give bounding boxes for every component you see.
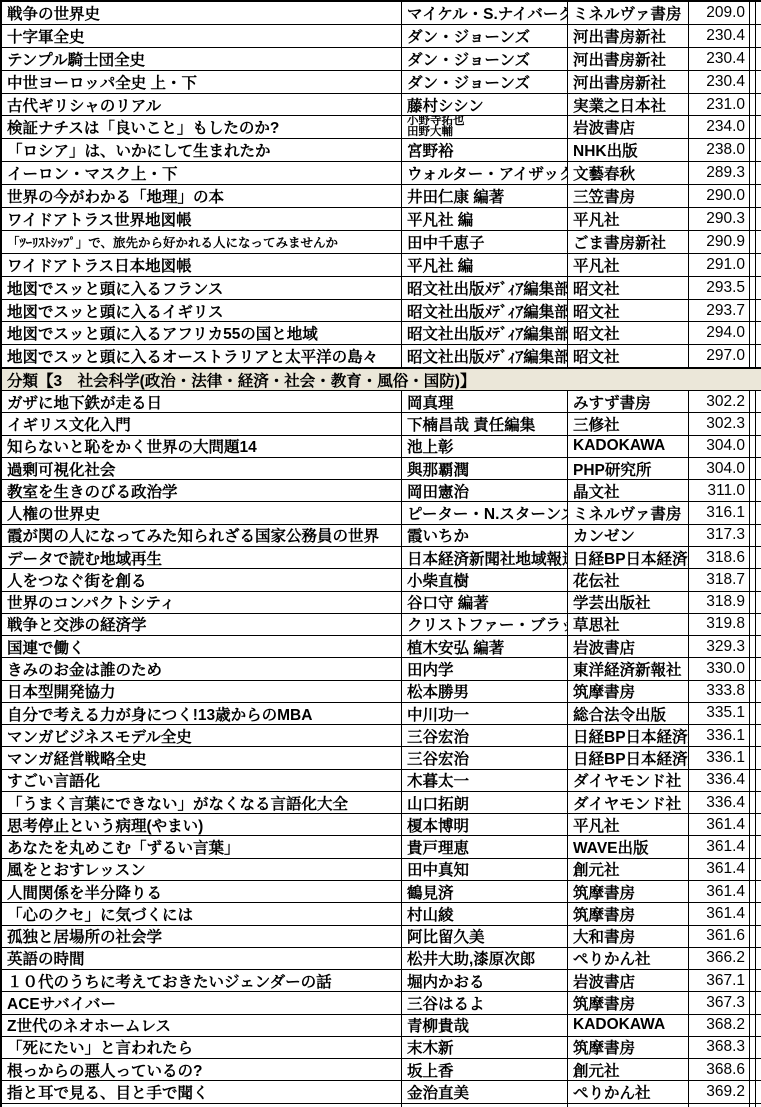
author-cell: 堀内かおる	[402, 970, 568, 991]
author-cell: 坂上香	[402, 1059, 568, 1080]
sheet-edge-cell	[756, 525, 761, 546]
title-cell: イギリス文化入門	[2, 413, 402, 434]
title-cell: あなたを丸めこむ「ずるい言葉」	[2, 836, 402, 857]
ndc-number-cell: 231.0	[689, 94, 750, 116]
sheet-edge-cell	[756, 185, 761, 207]
publisher-cell: 日経BP日本経済新聞出版	[568, 547, 689, 568]
title-cell: 「ロシア」は、いかにして生まれたか	[2, 139, 402, 161]
rows-container: 戦争の世界史マイケル・S.ナイバーグミネルヴァ書房209.0十字軍全史ダン・ジョ…	[2, 2, 761, 1107]
title-cell: 教室を生きのびる政治学	[2, 480, 402, 501]
publisher-cell: 昭文社	[568, 345, 689, 367]
author-cell: 松本勝男	[402, 681, 568, 702]
cutoff-cell	[756, 1104, 761, 1107]
book-row: 人をつなぐ街を創る小柴直樹花伝社318.7	[2, 569, 761, 591]
publisher-cell: 総合法令出版	[568, 703, 689, 724]
author-cell: 三谷宏治	[402, 725, 568, 746]
book-row: イギリス文化入門下楠昌哉 責任編集三修社302.3	[2, 413, 761, 435]
book-row: 古代ギリシャのリアル藤村シシン実業之日本社231.0	[2, 94, 761, 117]
title-cell: 地図でスッと頭に入るアフリカ55の国と地域	[2, 322, 402, 344]
sheet-edge-cell	[756, 458, 761, 479]
publisher-cell: ぺりかん社	[568, 948, 689, 969]
book-row: イーロン・マスク上・下ウォルター・アイザックソン文藝春秋289.3	[2, 162, 761, 185]
title-cell: Z世代のネオホームレス	[2, 1015, 402, 1036]
ndc-number-cell: 335.1	[689, 703, 750, 724]
sheet-edge-cell	[756, 94, 761, 116]
publisher-cell: 筑摩書房	[568, 681, 689, 702]
author-cell: ダン・ジョーンズ	[402, 25, 568, 47]
publisher-cell: 花伝社	[568, 569, 689, 590]
sheet-edge-cell	[756, 770, 761, 791]
book-row: 自分で考える力が身につく!13歳からのMBA中川功一総合法令出版335.1	[2, 703, 761, 725]
sheet-edge-cell	[756, 345, 761, 367]
publisher-cell: 三修社	[568, 413, 689, 434]
cutoff-row	[2, 1104, 761, 1107]
author-cell: ピーター・N.スターンズ	[402, 502, 568, 523]
book-row: あなたを丸めこむ「ずるい言葉」貴戸理恵WAVE出版361.4	[2, 836, 761, 858]
title-cell: 風をとおすレッスン	[2, 859, 402, 880]
book-row: ACEサバイバー三谷はるよ筑摩書房367.3	[2, 992, 761, 1014]
author-cell: 小柴直樹	[402, 569, 568, 590]
sheet-edge-cell	[756, 569, 761, 590]
sheet-edge-cell	[756, 71, 761, 93]
book-row: 検証ナチスは「良いこと」もしたのか?小野寺拓也 田野大輔岩波書店234.0	[2, 116, 761, 139]
publisher-cell: 東洋経済新報社	[568, 658, 689, 679]
publisher-cell: 日経BP日本経済新聞出版	[568, 747, 689, 768]
book-row: 「うまく言葉にできない」がなくなる言語化大全山口拓朗ダイヤモンド社336.4	[2, 792, 761, 814]
sheet-edge-cell	[756, 836, 761, 857]
ndc-number-cell: 336.4	[689, 792, 750, 813]
author-cell: マイケル・S.ナイバーグ	[402, 2, 568, 24]
author-cell: ダン・ジョーンズ	[402, 71, 568, 93]
publisher-cell: 大和書房	[568, 926, 689, 947]
ndc-number-cell: 291.0	[689, 254, 750, 276]
title-cell: 「うまく言葉にできない」がなくなる言語化大全	[2, 792, 402, 813]
book-list-table: 戦争の世界史マイケル・S.ナイバーグミネルヴァ書房209.0十字軍全史ダン・ジョ…	[0, 0, 761, 1107]
book-row: 人権の世界史ピーター・N.スターンズミネルヴァ書房316.1	[2, 502, 761, 524]
sheet-edge-cell	[756, 725, 761, 746]
ndc-number-cell: 230.4	[689, 71, 750, 93]
author-cell: 田中千恵子	[402, 231, 568, 253]
ndc-number-cell: 290.3	[689, 208, 750, 230]
author-cell: 井田仁康 編著	[402, 185, 568, 207]
publisher-cell: 岩波書店	[568, 116, 689, 138]
title-cell: 中世ヨーロッパ全史 上・下	[2, 71, 402, 93]
sheet-edge-cell	[756, 881, 761, 902]
author-cell: 貴戸理恵	[402, 836, 568, 857]
sheet-edge-cell	[756, 480, 761, 501]
publisher-cell: 河出書房新社	[568, 48, 689, 70]
ndc-number-cell: 304.0	[689, 458, 750, 479]
sheet-edge-cell	[756, 547, 761, 568]
publisher-cell: 平凡社	[568, 208, 689, 230]
title-cell: ワイドアトラス日本地図帳	[2, 254, 402, 276]
section-header-row: 分類【3 社会科学(政治・法律・経済・社会・教育・風俗・国防)】	[2, 368, 761, 391]
book-row: 過剰可視化社会與那覇潤PHP研究所304.0	[2, 458, 761, 480]
ndc-number-cell: 302.3	[689, 413, 750, 434]
book-row: 人間関係を半分降りる鶴見済筑摩書房361.4	[2, 881, 761, 903]
ndc-number-cell: 361.4	[689, 859, 750, 880]
title-cell: 国連で働く	[2, 636, 402, 657]
ndc-number-cell: 294.0	[689, 322, 750, 344]
publisher-cell: 河出書房新社	[568, 71, 689, 93]
ndc-number-cell: 361.4	[689, 881, 750, 902]
author-cell: 昭文社出版ﾒﾃﾞｨｱ編集部	[402, 322, 568, 344]
sheet-edge-cell	[756, 792, 761, 813]
book-row: 地図でスッと頭に入るイギリス昭文社出版ﾒﾃﾞｨｱ編集部昭文社293.7	[2, 300, 761, 323]
author-cell: 田内学	[402, 658, 568, 679]
sheet-edge-cell	[756, 747, 761, 768]
author-cell: 金治直美	[402, 1081, 568, 1102]
title-cell: 知らないと恥をかく世界の大問題14	[2, 436, 402, 457]
sheet-edge-cell	[756, 948, 761, 969]
publisher-cell: 筑摩書房	[568, 881, 689, 902]
ndc-number-cell: 317.3	[689, 525, 750, 546]
author-cell: 村山綾	[402, 903, 568, 924]
book-row: 指と耳で見る、目と手で聞く金治直美ぺりかん社369.2	[2, 1081, 761, 1103]
book-row: 「ﾂｰﾘｽﾄｼｯﾌﾟ」で、旅先から好かれる人になってみませんか田中千恵子ごま書房…	[2, 231, 761, 254]
book-row: 戦争の世界史マイケル・S.ナイバーグミネルヴァ書房209.0	[2, 2, 761, 25]
sheet-edge-cell	[756, 2, 761, 24]
book-row: 世界のコンパクトシティ谷口守 編著学芸出版社318.9	[2, 592, 761, 614]
publisher-cell: WAVE出版	[568, 836, 689, 857]
sheet-edge-cell	[756, 926, 761, 947]
title-cell: 過剰可視化社会	[2, 458, 402, 479]
ndc-number-cell: 368.3	[689, 1037, 750, 1058]
book-row: ガザに地下鉄が走る日岡真理みすず書房302.2	[2, 391, 761, 413]
author-cell: 榎本博明	[402, 814, 568, 835]
ndc-number-cell: 297.0	[689, 345, 750, 367]
ndc-number-cell: 238.0	[689, 139, 750, 161]
book-row: 「ロシア」は、いかにして生まれたか宮野裕NHK出版238.0	[2, 139, 761, 162]
publisher-cell: 平凡社	[568, 814, 689, 835]
book-row: マンガビジネスモデル全史三谷宏治日経BP日本経済新聞出版336.1	[2, 725, 761, 747]
ndc-number-cell: 361.4	[689, 903, 750, 924]
publisher-cell: 岩波書店	[568, 970, 689, 991]
sheet-edge-cell	[756, 636, 761, 657]
ndc-number-cell: 234.0	[689, 116, 750, 138]
sheet-edge-cell	[756, 1059, 761, 1080]
book-row: 地図でスッと頭に入るオーストラリアと太平洋の島々昭文社出版ﾒﾃﾞｨｱ編集部昭文社…	[2, 345, 761, 368]
book-row: すごい言語化木暮太一ダイヤモンド社336.4	[2, 770, 761, 792]
title-cell: 人権の世界史	[2, 502, 402, 523]
book-row: Z世代のネオホームレス青柳貴哉KADOKAWA368.2	[2, 1015, 761, 1037]
publisher-cell: PHP研究所	[568, 458, 689, 479]
ndc-number-cell: 361.4	[689, 836, 750, 857]
ndc-number-cell: 209.0	[689, 2, 750, 24]
sheet-edge-cell	[756, 1037, 761, 1058]
sheet-edge-cell	[756, 1081, 761, 1102]
cutoff-cell	[568, 1104, 689, 1107]
author-cell: 平凡社 編	[402, 254, 568, 276]
title-cell: 指と耳で見る、目と手で聞く	[2, 1081, 402, 1102]
book-row: 十字軍全史ダン・ジョーンズ河出書房新社230.4	[2, 25, 761, 48]
ndc-number-cell: 367.1	[689, 970, 750, 991]
ndc-number-cell: 289.3	[689, 162, 750, 184]
cutoff-cell	[402, 1104, 568, 1107]
publisher-cell: 筑摩書房	[568, 992, 689, 1013]
sheet-edge-cell	[756, 1015, 761, 1036]
publisher-cell: 学芸出版社	[568, 592, 689, 613]
title-cell: きみのお金は誰のため	[2, 658, 402, 679]
title-cell: 人をつなぐ街を創る	[2, 569, 402, 590]
publisher-cell: ごま書房新社	[568, 231, 689, 253]
sheet-edge-cell	[756, 703, 761, 724]
ndc-number-cell: 290.0	[689, 185, 750, 207]
sheet-edge-cell	[756, 116, 761, 138]
author-cell: 木暮太一	[402, 770, 568, 791]
publisher-cell: 三笠書房	[568, 185, 689, 207]
book-row: １０代のうちに考えておきたいジェンダーの話堀内かおる岩波書店367.1	[2, 970, 761, 992]
title-cell: １０代のうちに考えておきたいジェンダーの話	[2, 970, 402, 991]
title-cell: ワイドアトラス世界地図帳	[2, 208, 402, 230]
book-row: 戦争と交渉の経済学クリストファー・ブラットマン草思社319.8	[2, 614, 761, 636]
title-cell: 地図でスッと頭に入るイギリス	[2, 300, 402, 322]
sheet-edge-cell	[756, 903, 761, 924]
book-row: 「心のクセ」に気づくには村山綾筑摩書房361.4	[2, 903, 761, 925]
title-cell: 十字軍全史	[2, 25, 402, 47]
ndc-number-cell: 368.2	[689, 1015, 750, 1036]
title-cell: 思考停止という病理(やまい)	[2, 814, 402, 835]
book-row: 「死にたい」と言われたら末木新筑摩書房368.3	[2, 1037, 761, 1059]
ndc-number-cell: 304.0	[689, 436, 750, 457]
sheet-edge-cell	[756, 992, 761, 1013]
book-row: 知らないと恥をかく世界の大問題14池上彰KADOKAWA304.0	[2, 436, 761, 458]
book-row: データで読む地域再生日本経済新聞社地域報道センター日経BP日本経済新聞出版318…	[2, 547, 761, 569]
book-row: 孤独と居場所の社会学阿比留久美大和書房361.6	[2, 926, 761, 948]
publisher-cell: カンゼン	[568, 525, 689, 546]
publisher-cell: みすず書房	[568, 391, 689, 412]
publisher-cell: ぺりかん社	[568, 1081, 689, 1102]
author-cell: 岡田憲治	[402, 480, 568, 501]
sheet-edge-cell	[756, 681, 761, 702]
book-row: 地図でスッと頭に入るアフリカ55の国と地域昭文社出版ﾒﾃﾞｨｱ編集部昭文社294…	[2, 322, 761, 345]
title-cell: マンガビジネスモデル全史	[2, 725, 402, 746]
author-cell: 岡真理	[402, 391, 568, 412]
ndc-number-cell: 311.0	[689, 480, 750, 501]
title-cell: 日本型開発協力	[2, 681, 402, 702]
ndc-number-cell: 316.1	[689, 502, 750, 523]
publisher-cell: 昭文社	[568, 277, 689, 299]
sheet-edge-cell	[756, 814, 761, 835]
title-cell: 「死にたい」と言われたら	[2, 1037, 402, 1058]
publisher-cell: 筑摩書房	[568, 903, 689, 924]
sheet-edge-cell	[756, 658, 761, 679]
title-cell: 霞が関の人になってみた知られざる国家公務員の世界	[2, 525, 402, 546]
ndc-number-cell: 369.2	[689, 1081, 750, 1102]
author-cell: 鶴見済	[402, 881, 568, 902]
sheet-edge-cell	[756, 139, 761, 161]
sheet-edge-cell	[756, 413, 761, 434]
title-cell: 戦争と交渉の経済学	[2, 614, 402, 635]
sheet-edge-cell	[756, 25, 761, 47]
sheet-edge-cell	[756, 614, 761, 635]
author-cell: 谷口守 編著	[402, 592, 568, 613]
sheet-edge-cell	[756, 859, 761, 880]
title-cell: 孤独と居場所の社会学	[2, 926, 402, 947]
title-cell: マンガ経営戦略全史	[2, 747, 402, 768]
author-cell: ダン・ジョーンズ	[402, 48, 568, 70]
book-row: ワイドアトラス日本地図帳平凡社 編平凡社291.0	[2, 254, 761, 277]
sheet-edge-cell	[756, 231, 761, 253]
publisher-cell: 河出書房新社	[568, 25, 689, 47]
publisher-cell: 創元社	[568, 1059, 689, 1080]
ndc-number-cell: 361.4	[689, 814, 750, 835]
author-cell: 山口拓朗	[402, 792, 568, 813]
publisher-cell: 創元社	[568, 859, 689, 880]
book-row: マンガ経営戦略全史三谷宏治日経BP日本経済新聞出版336.1	[2, 747, 761, 769]
sheet-edge-cell	[756, 254, 761, 276]
book-row: 日本型開発協力松本勝男筑摩書房333.8	[2, 681, 761, 703]
ndc-number-cell: 367.3	[689, 992, 750, 1013]
author-cell: 小野寺拓也 田野大輔	[402, 116, 568, 138]
author-cell: 池上彰	[402, 436, 568, 457]
author-cell: 昭文社出版ﾒﾃﾞｨｱ編集部	[402, 345, 568, 367]
ndc-number-cell: 336.4	[689, 770, 750, 791]
title-cell: 検証ナチスは「良いこと」もしたのか?	[2, 116, 402, 138]
title-cell: すごい言語化	[2, 770, 402, 791]
publisher-cell: NHK出版	[568, 139, 689, 161]
publisher-cell: ダイヤモンド社	[568, 792, 689, 813]
author-cell: 阿比留久美	[402, 926, 568, 947]
publisher-cell: 実業之日本社	[568, 94, 689, 116]
ndc-number-cell: 318.9	[689, 592, 750, 613]
publisher-cell: 岩波書店	[568, 636, 689, 657]
title-cell: ガザに地下鉄が走る日	[2, 391, 402, 412]
ndc-number-cell: 319.8	[689, 614, 750, 635]
section-header-label: 分類【3 社会科学(政治・法律・経済・社会・教育・風俗・国防)】	[2, 369, 761, 390]
book-row: 中世ヨーロッパ全史 上・下ダン・ジョーンズ河出書房新社230.4	[2, 71, 761, 94]
book-row: 英語の時間松井大助,漆原次郎ぺりかん社366.2	[2, 948, 761, 970]
publisher-cell: 平凡社	[568, 254, 689, 276]
ndc-number-cell: 318.7	[689, 569, 750, 590]
sheet-edge-cell	[756, 391, 761, 412]
publisher-cell: 晶文社	[568, 480, 689, 501]
author-cell: 植木安弘 編著	[402, 636, 568, 657]
ndc-number-cell: 336.1	[689, 747, 750, 768]
publisher-cell: ダイヤモンド社	[568, 770, 689, 791]
author-cell: 昭文社出版ﾒﾃﾞｨｱ編集部	[402, 277, 568, 299]
ndc-number-cell: 230.4	[689, 48, 750, 70]
publisher-cell: 昭文社	[568, 322, 689, 344]
publisher-cell: ミネルヴァ書房	[568, 2, 689, 24]
publisher-cell: ミネルヴァ書房	[568, 502, 689, 523]
book-row: 根っからの悪人っているの?坂上香創元社368.6	[2, 1059, 761, 1081]
book-row: きみのお金は誰のため田内学東洋経済新報社330.0	[2, 658, 761, 680]
ndc-number-cell: 290.9	[689, 231, 750, 253]
ndc-number-cell: 329.3	[689, 636, 750, 657]
cutoff-cell	[689, 1104, 750, 1107]
title-cell: 世界のコンパクトシティ	[2, 592, 402, 613]
book-row: 地図でスッと頭に入るフランス昭文社出版ﾒﾃﾞｨｱ編集部昭文社293.5	[2, 277, 761, 300]
title-cell: データで読む地域再生	[2, 547, 402, 568]
ndc-number-cell: 302.2	[689, 391, 750, 412]
title-cell: 「ﾂｰﾘｽﾄｼｯﾌﾟ」で、旅先から好かれる人になってみませんか	[2, 231, 402, 253]
ndc-number-cell: 368.6	[689, 1059, 750, 1080]
cutoff-cell	[2, 1104, 402, 1107]
author-cell: 昭文社出版ﾒﾃﾞｨｱ編集部	[402, 300, 568, 322]
author-cell: 與那覇潤	[402, 458, 568, 479]
ndc-number-cell: 361.6	[689, 926, 750, 947]
publisher-cell: KADOKAWA	[568, 436, 689, 457]
title-cell: 自分で考える力が身につく!13歳からのMBA	[2, 703, 402, 724]
author-cell: 宮野裕	[402, 139, 568, 161]
title-cell: 英語の時間	[2, 948, 402, 969]
sheet-edge-cell	[756, 277, 761, 299]
book-row: 霞が関の人になってみた知られざる国家公務員の世界霞いちかカンゼン317.3	[2, 525, 761, 547]
author-cell: 青柳貴哉	[402, 1015, 568, 1036]
book-row: 教室を生きのびる政治学岡田憲治晶文社311.0	[2, 480, 761, 502]
sheet-edge-cell	[756, 970, 761, 991]
ndc-number-cell: 318.6	[689, 547, 750, 568]
author-cell: 霞いちか	[402, 525, 568, 546]
author-cell: 下楠昌哉 責任編集	[402, 413, 568, 434]
book-row: 国連で働く植木安弘 編著岩波書店329.3	[2, 636, 761, 658]
sheet-edge-cell	[756, 592, 761, 613]
title-cell: イーロン・マスク上・下	[2, 162, 402, 184]
book-row: 思考停止という病理(やまい)榎本博明平凡社361.4	[2, 814, 761, 836]
publisher-cell: 筑摩書房	[568, 1037, 689, 1058]
author-cell: 平凡社 編	[402, 208, 568, 230]
author-cell: 日本経済新聞社地域報道センター	[402, 547, 568, 568]
sheet-edge-cell	[756, 208, 761, 230]
publisher-cell: 昭文社	[568, 300, 689, 322]
title-cell: 根っからの悪人っているの?	[2, 1059, 402, 1080]
publisher-cell: 日経BP日本経済新聞出版	[568, 725, 689, 746]
ndc-number-cell: 330.0	[689, 658, 750, 679]
author-cell: 中川功一	[402, 703, 568, 724]
title-cell: テンプル騎士団全史	[2, 48, 402, 70]
sheet-edge-cell	[756, 300, 761, 322]
title-cell: 人間関係を半分降りる	[2, 881, 402, 902]
author-cell: クリストファー・ブラットマン	[402, 614, 568, 635]
sheet-edge-cell	[756, 322, 761, 344]
ndc-number-cell: 333.8	[689, 681, 750, 702]
title-cell: 地図でスッと頭に入るフランス	[2, 277, 402, 299]
publisher-cell: KADOKAWA	[568, 1015, 689, 1036]
author-cell: 三谷はるよ	[402, 992, 568, 1013]
publisher-cell: 文藝春秋	[568, 162, 689, 184]
sheet-edge-cell	[756, 162, 761, 184]
title-cell: ACEサバイバー	[2, 992, 402, 1013]
ndc-number-cell: 230.4	[689, 25, 750, 47]
author-cell: 田中真知	[402, 859, 568, 880]
ndc-number-cell: 293.7	[689, 300, 750, 322]
book-row: 風をとおすレッスン田中真知創元社361.4	[2, 859, 761, 881]
sheet-edge-cell	[756, 502, 761, 523]
title-cell: 古代ギリシャのリアル	[2, 94, 402, 116]
author-cell: 三谷宏治	[402, 747, 568, 768]
sheet-edge-cell	[756, 436, 761, 457]
ndc-number-cell: 366.2	[689, 948, 750, 969]
title-cell: 戦争の世界史	[2, 2, 402, 24]
title-cell: 「心のクセ」に気づくには	[2, 903, 402, 924]
author-cell: ウォルター・アイザックソン	[402, 162, 568, 184]
author-cell: 末木新	[402, 1037, 568, 1058]
ndc-number-cell: 336.1	[689, 725, 750, 746]
author-cell: 藤村シシン	[402, 94, 568, 116]
publisher-cell: 草思社	[568, 614, 689, 635]
book-row: テンプル騎士団全史ダン・ジョーンズ河出書房新社230.4	[2, 48, 761, 71]
title-cell: 地図でスッと頭に入るオーストラリアと太平洋の島々	[2, 345, 402, 367]
book-row: ワイドアトラス世界地図帳平凡社 編平凡社290.3	[2, 208, 761, 231]
sheet-edge-cell	[756, 48, 761, 70]
author-cell: 松井大助,漆原次郎	[402, 948, 568, 969]
title-cell: 世界の今がわかる「地理」の本	[2, 185, 402, 207]
ndc-number-cell: 293.5	[689, 277, 750, 299]
book-row: 世界の今がわかる「地理」の本井田仁康 編著三笠書房290.0	[2, 185, 761, 208]
